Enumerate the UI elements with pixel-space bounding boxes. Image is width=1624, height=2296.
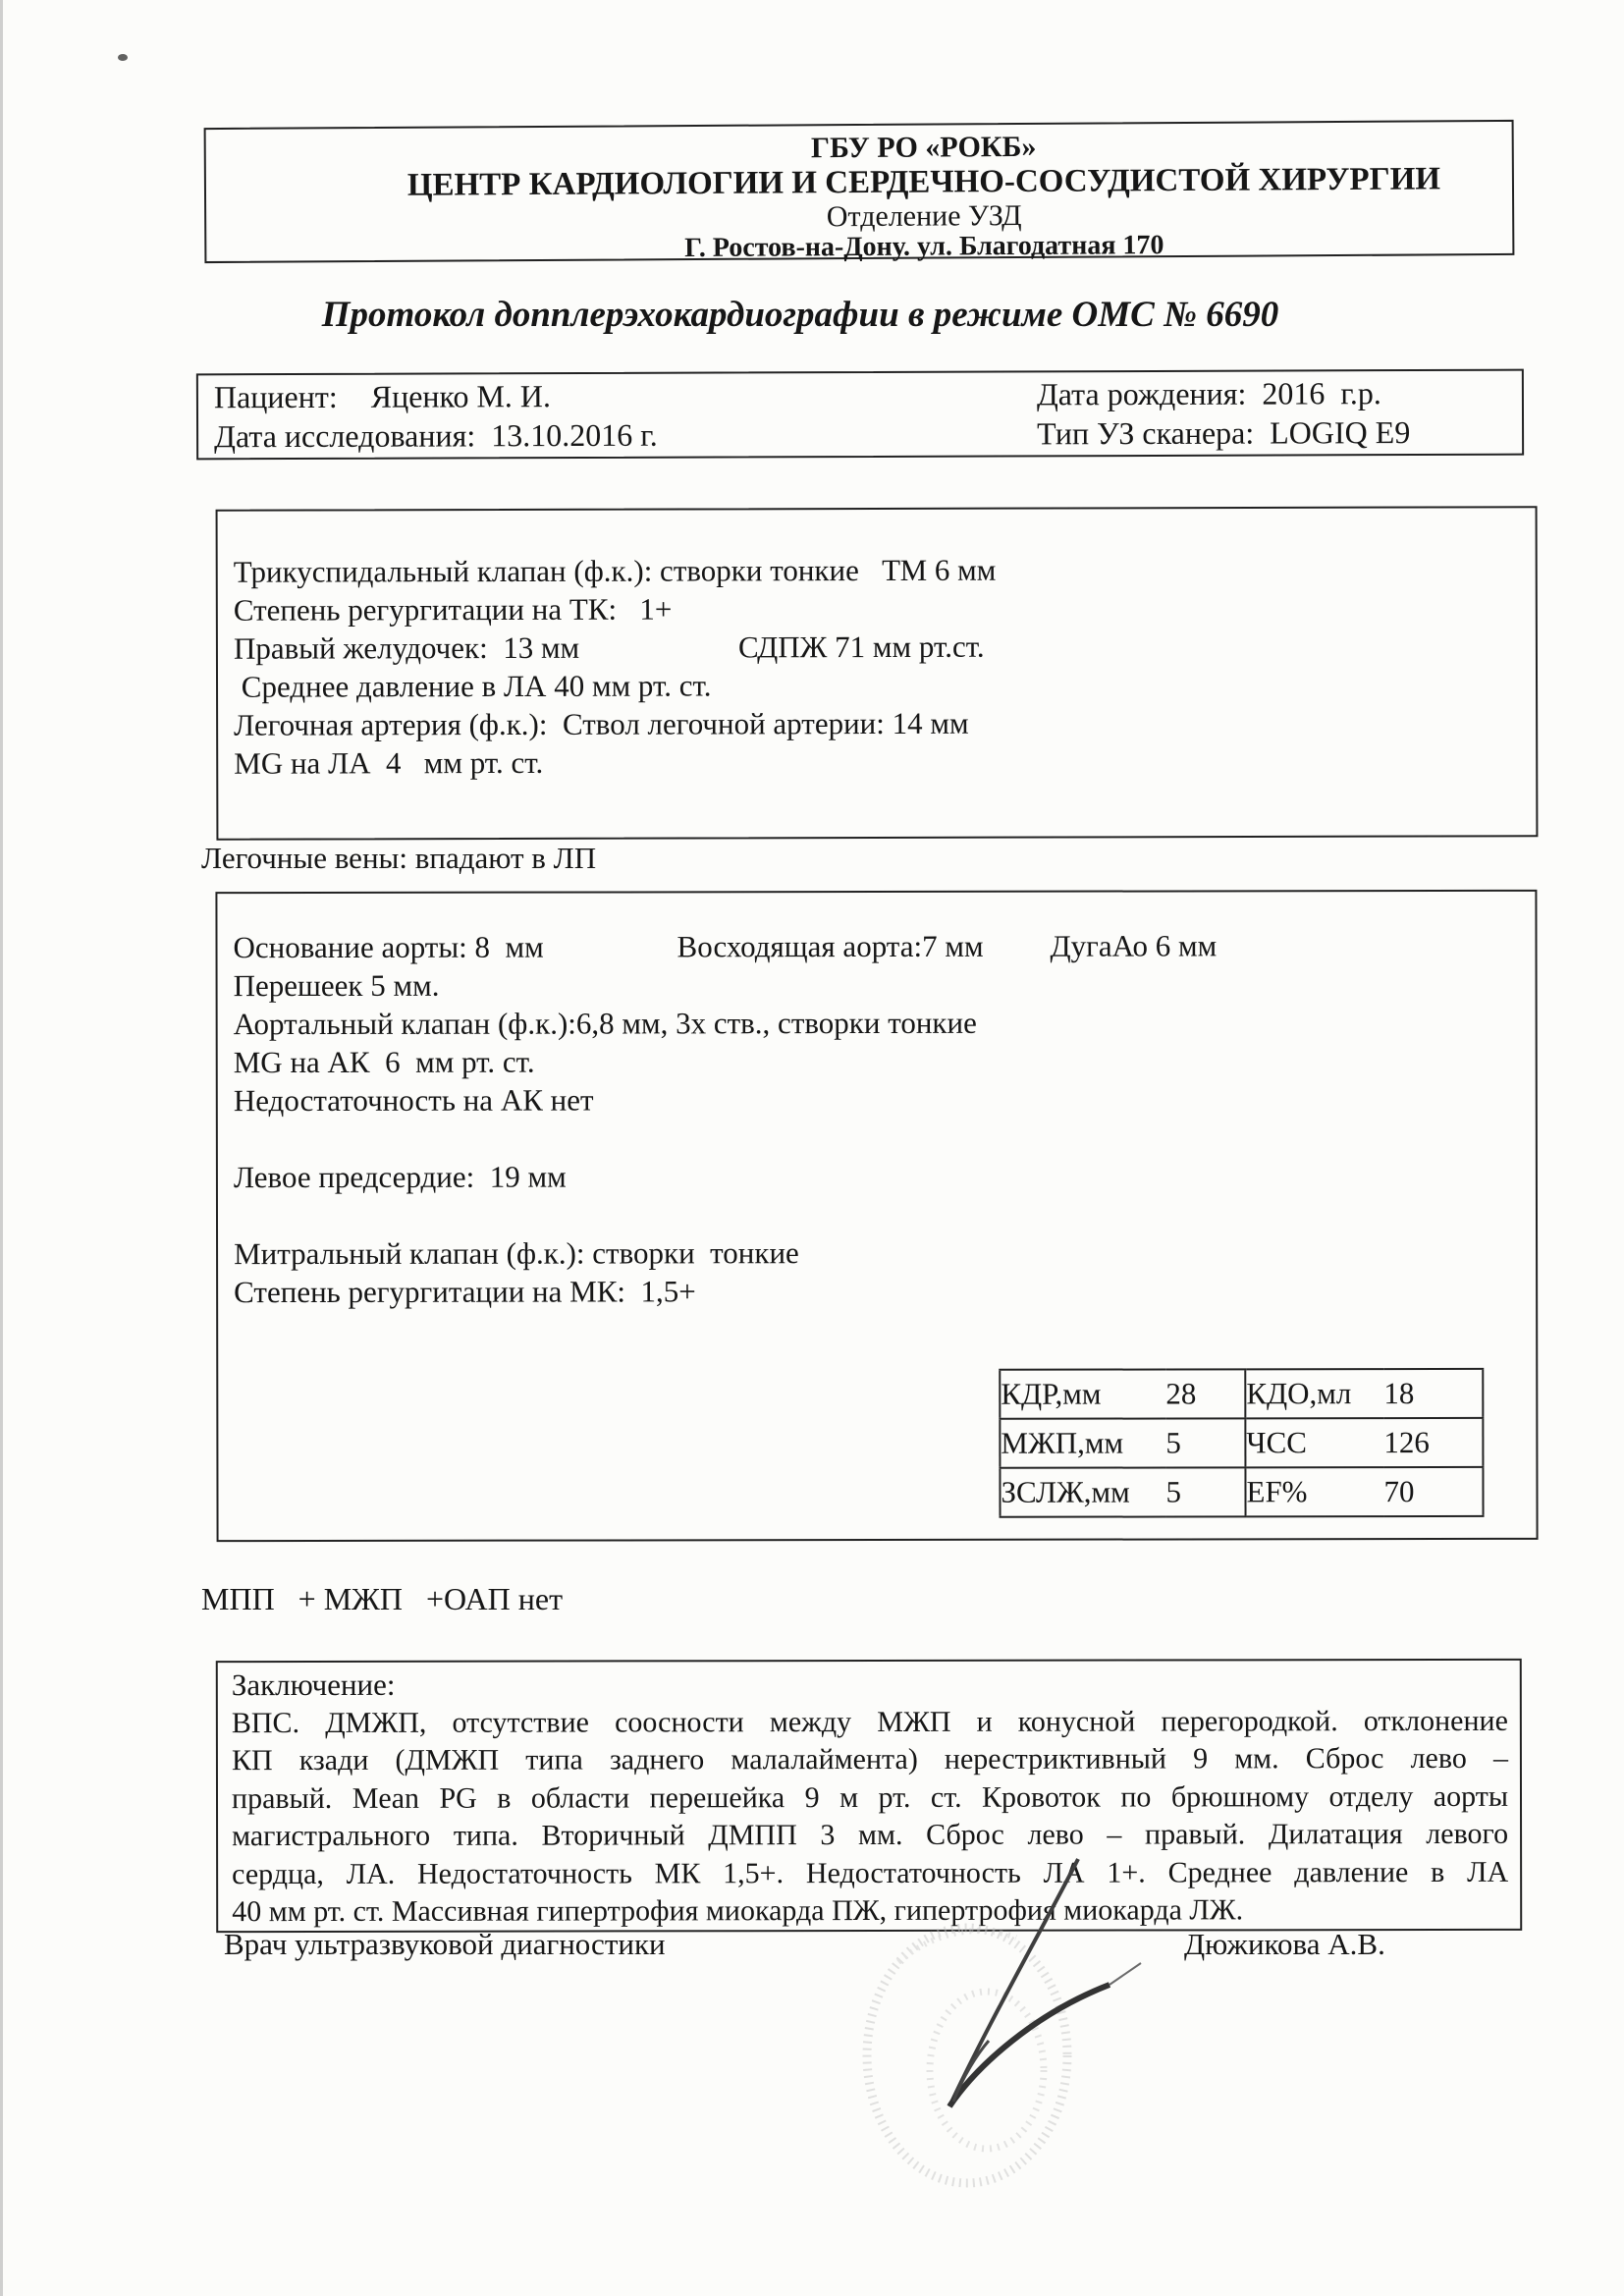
clinic-header-text: ГБУ РО «РОКБ» ЦЕНТР КАРДИОЛОГИИ И СЕРДЕЧ… xyxy=(336,122,1513,265)
mzhp-value: 5 xyxy=(1165,1418,1245,1467)
kdo-value: 18 xyxy=(1383,1369,1483,1418)
zslzh-label: ЗСЛЖ,мм xyxy=(1000,1467,1165,1516)
tricuspid-valve-line: Трикуспидальный клапан (ф.к.): створки т… xyxy=(234,549,1536,590)
aortic-valve-line: Аортальный клапан (ф.к.):6,8 мм, 3х ств.… xyxy=(234,1003,1536,1043)
right-heart-box: Трикуспидальный клапан (ф.к.): створки т… xyxy=(216,506,1539,841)
septa-status-line: МПП + МЖП +ОАП нет xyxy=(201,1581,563,1617)
left-atrium-line: Левое предсердие: 19 мм xyxy=(234,1156,1536,1196)
clinic-header-box: ГБУ РО «РОКБ» ЦЕНТР КАРДИОЛОГИИ И СЕРДЕЧ… xyxy=(204,120,1515,263)
kdo-label: КДО,мл xyxy=(1245,1369,1383,1418)
study-date-label: Дата исследования: xyxy=(214,417,475,454)
scanner-cell: Тип УЗ сканера:LOGIQ E9 xyxy=(1037,412,1410,453)
birth-date-label: Дата рождения: xyxy=(1037,376,1247,412)
patient-birth-cell: Дата рождения:2016 г.р. xyxy=(1037,373,1381,413)
chss-value: 126 xyxy=(1383,1418,1483,1467)
mg-pa-line: MG на ЛА 4 мм рт. ст. xyxy=(234,740,1536,782)
right-ventricle-line: Правый желудочек: 13 мм СДПЖ 71 мм рт.ст… xyxy=(234,626,1536,667)
scan-edge-artifact xyxy=(0,0,3,2296)
kdr-label: КДР,мм xyxy=(1000,1369,1165,1418)
aortic-root-size: Основание аорты: 8 мм xyxy=(233,927,677,966)
mg-av-line: MG на АК 6 мм рт. ст. xyxy=(234,1041,1536,1081)
scanner-value: LOGIQ E9 xyxy=(1270,414,1410,450)
tricuspid-regurg-line: Степень регургитации на ТК: 1+ xyxy=(234,587,1536,629)
conclusion-line: КП кзади (ДМЖП типа заднего малалаймента… xyxy=(232,1740,1508,1780)
lv-measurements-table: КДР,мм 28 КДО,мл 18 МЖП,мм 5 ЧСС 126 ЗСЛ… xyxy=(999,1368,1484,1518)
table-row: МЖП,мм 5 ЧСС 126 xyxy=(1000,1418,1483,1468)
table-row: ЗСЛЖ,мм 5 EF% 70 xyxy=(1000,1467,1483,1517)
right-ventricle-size: Правый желудочек: 13 мм xyxy=(234,628,738,667)
aortic-insufficiency-line: Недостаточность на АК нет xyxy=(234,1079,1536,1120)
stamp-icon xyxy=(867,1928,1067,2183)
left-heart-box: Основание аорты: 8 мм Восходящая аорта:7… xyxy=(215,890,1538,1542)
pulmonary-veins-line: Легочные вены: впадают в ЛП xyxy=(201,841,596,876)
stamp-and-signature xyxy=(839,1844,1311,2227)
study-date-cell: Дата исследования:13.10.2016 г. xyxy=(214,413,1037,456)
patient-name-cell: Пациент:Яценко М. И. xyxy=(214,374,1037,416)
pulmonary-artery-line: Легочная артерия (ф.к.): Ствол легочной … xyxy=(234,702,1536,743)
pa-mean-pressure-line: Среднее давление в ЛА 40 мм рт. ст. xyxy=(234,664,1536,705)
aorta-dimensions-line: Основание аорты: 8 мм Восходящая аорта:7… xyxy=(233,926,1535,966)
aortic-arch-size: ДугаАо 6 мм xyxy=(1050,926,1217,964)
scanner-label: Тип УЗ сканера: xyxy=(1037,415,1254,452)
ef-label: EF% xyxy=(1245,1467,1383,1516)
study-date-value: 13.10.2016 г. xyxy=(491,417,658,454)
conclusion-line: ВПС. ДМЖП, отсутствие соосности между МЖ… xyxy=(232,1702,1508,1742)
ascending-aorta-size: Восходящая аорта:7 мм xyxy=(677,927,1050,966)
mzhp-label: МЖП,мм xyxy=(1000,1418,1165,1467)
clinic-address: Г. Ростов-на-Дону. ул. Благодатная 170 xyxy=(336,229,1512,265)
table-row: КДР,мм 28 КДО,мл 18 xyxy=(1000,1369,1483,1419)
chss-label: ЧСС xyxy=(1245,1418,1383,1467)
scan-speck xyxy=(118,54,128,61)
clinic-center-name: ЦЕНТР КАРДИОЛОГИИ И СЕРДЕЧНО-СОСУДИСТОЙ … xyxy=(336,161,1512,203)
patient-row-2: Дата исследования:13.10.2016 г. Тип УЗ с… xyxy=(198,412,1522,457)
mitral-regurg-line: Степень регургитации на МК: 1,5+ xyxy=(234,1271,1536,1311)
birth-date-value: 2016 г.р. xyxy=(1262,375,1381,410)
kdr-value: 28 xyxy=(1165,1369,1245,1418)
patient-row-1: Пациент:Яценко М. И. Дата рождения:2016 … xyxy=(198,373,1522,417)
conclusion-heading: Заключение: xyxy=(232,1665,1508,1705)
document-title: Протокол допплерэхокардиографии в режиме… xyxy=(0,294,1600,336)
patient-name-value: Яценко М. И. xyxy=(371,378,551,414)
scanned-protocol-page: ГБУ РО «РОКБ» ЦЕНТР КАРДИОЛОГИИ И СЕРДЕЧ… xyxy=(0,0,1624,2296)
zslzh-value: 5 xyxy=(1165,1467,1245,1516)
isthmus-line: Перешеек 5 мм. xyxy=(234,964,1536,1005)
ef-value: 70 xyxy=(1383,1467,1483,1516)
rv-systolic-pressure: СДПЖ 71 мм рт.ст. xyxy=(738,628,985,667)
mitral-valve-line: Митральный клапан (ф.к.): створки тонкие xyxy=(234,1232,1536,1273)
patient-name-label: Пациент: xyxy=(214,379,338,414)
patient-info-box: Пациент:Яценко М. И. Дата рождения:2016 … xyxy=(196,369,1524,461)
conclusion-line: правый. Mean PG в области перешейка 9 м … xyxy=(232,1777,1508,1818)
